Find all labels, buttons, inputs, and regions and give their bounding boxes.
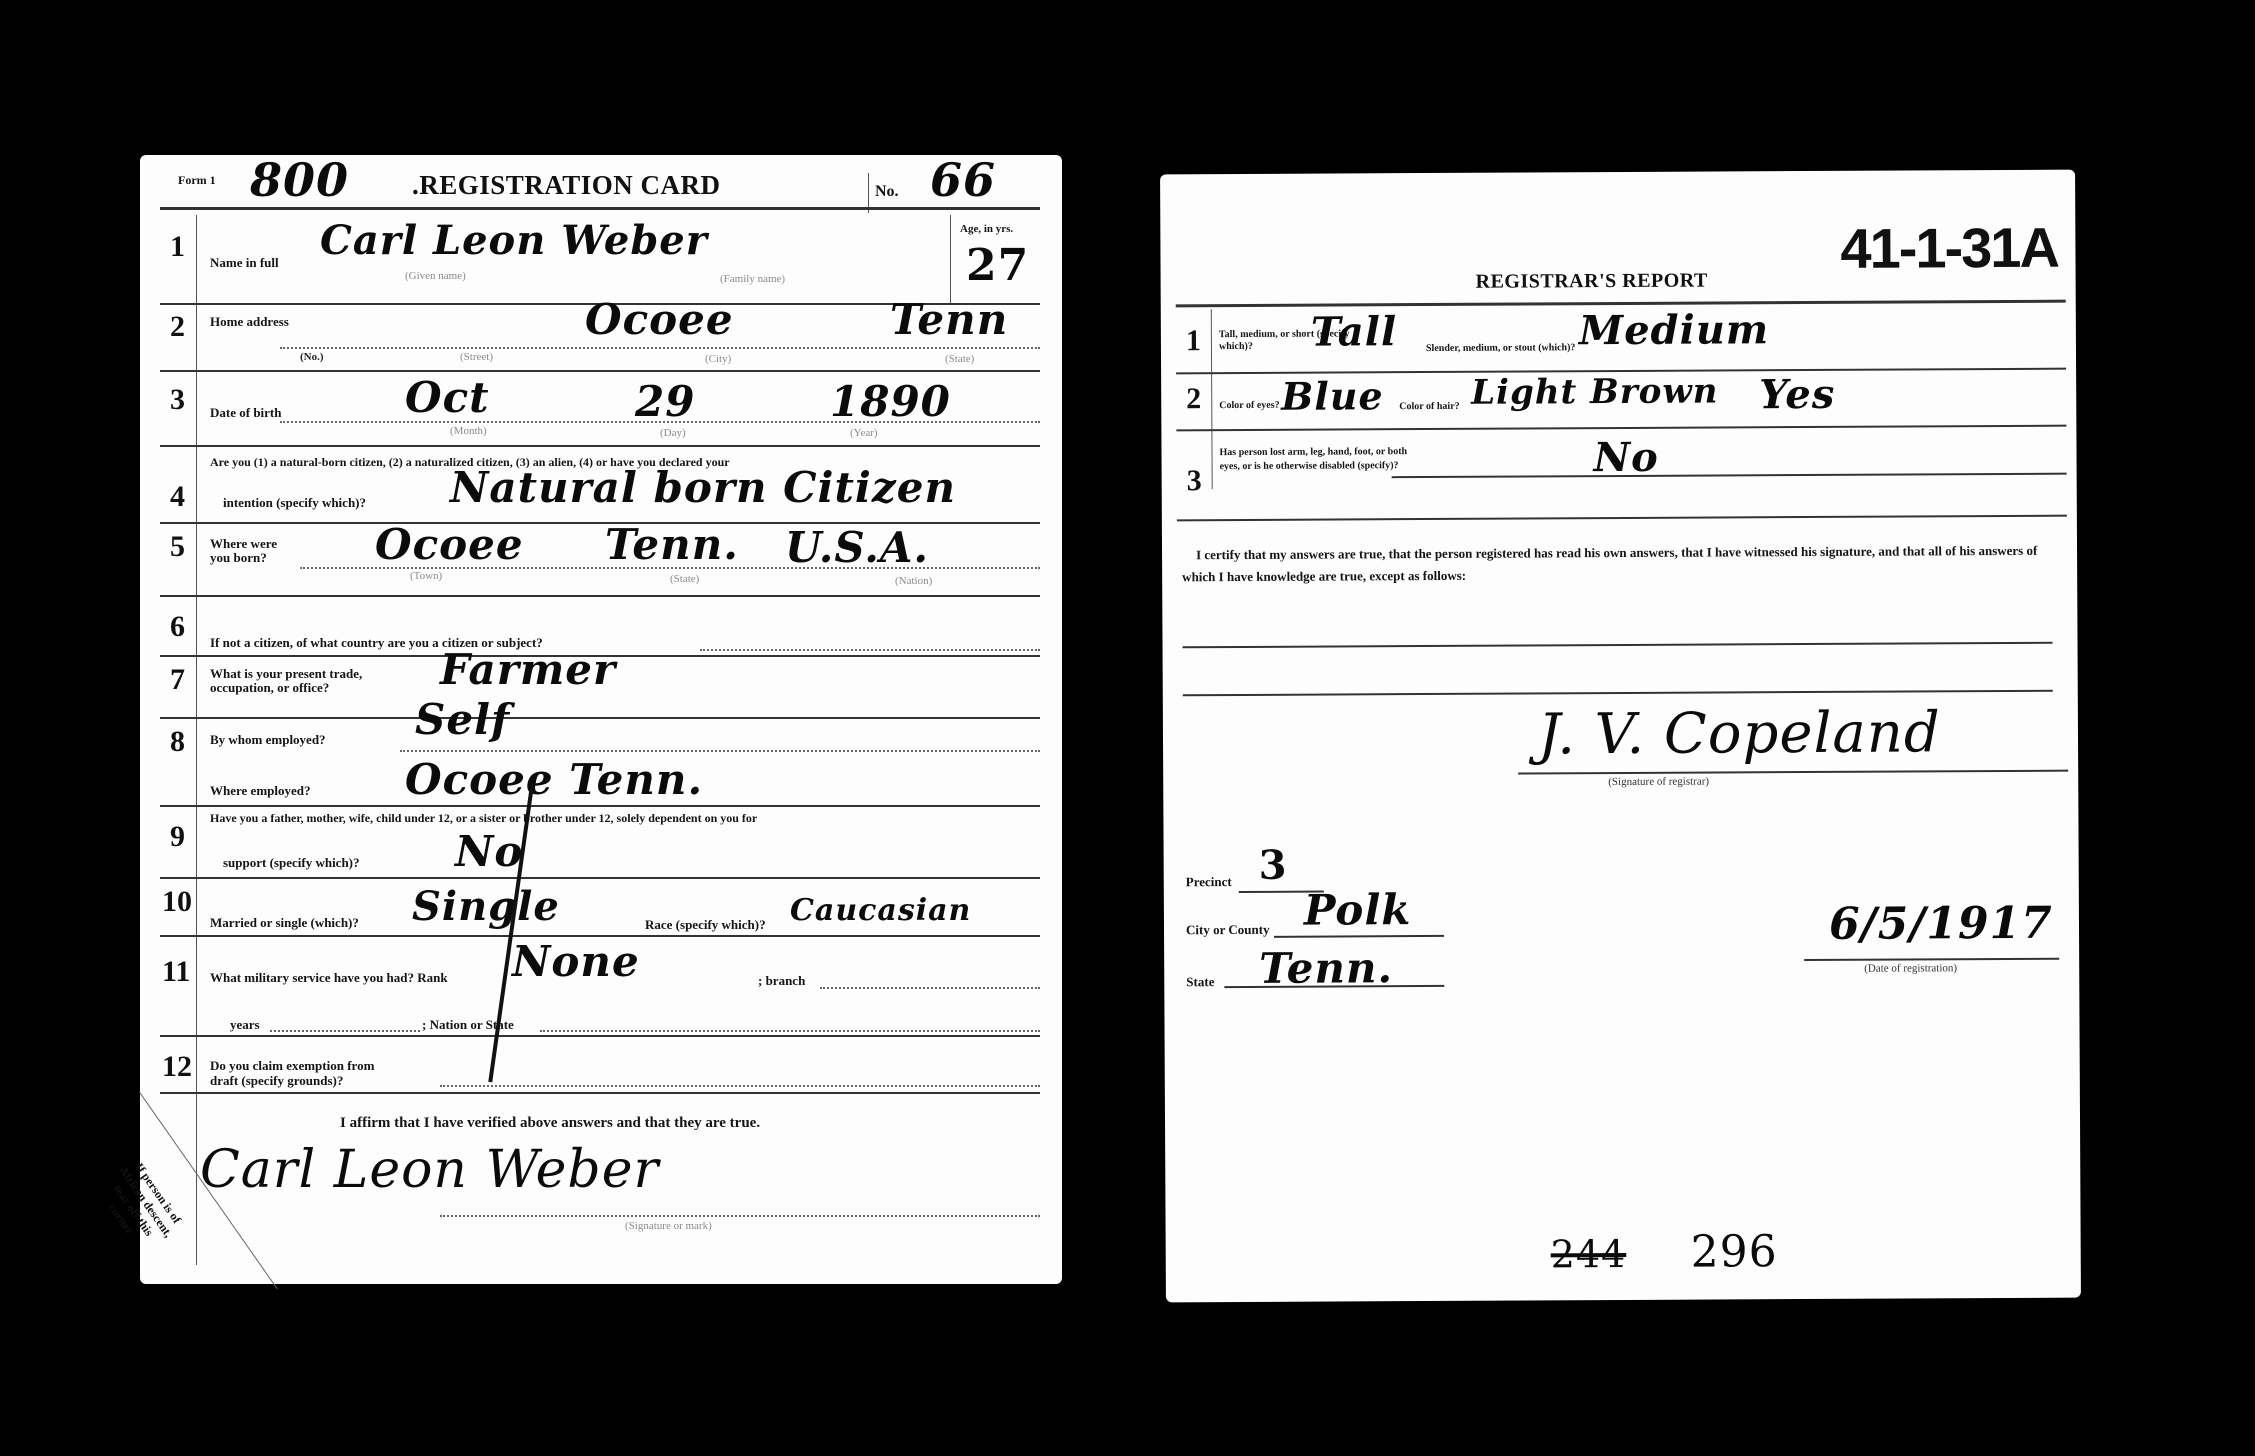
form-label: Form 1 bbox=[178, 173, 216, 188]
corner-note: If person is of African descent, tear of… bbox=[91, 1155, 188, 1258]
birth-state: Tenn. bbox=[605, 520, 739, 569]
hair-color-label: Color of hair? bbox=[1399, 401, 1459, 412]
card-title: .REGISTRATION CARD bbox=[412, 170, 721, 201]
employment-place-value: Ocoee Tenn. bbox=[405, 755, 703, 804]
employment-place-label: Where employed? bbox=[210, 783, 311, 799]
bald-value: Yes bbox=[1759, 371, 1835, 418]
eye-color-label: Color of eyes? bbox=[1219, 400, 1279, 411]
city-county-label: City or County bbox=[1186, 922, 1270, 938]
registration-date: 6/5/1917 bbox=[1829, 898, 2053, 950]
birth-town: Ocoee bbox=[375, 520, 524, 569]
employer-label: By whom employed? bbox=[210, 732, 326, 748]
registrars-report-card: 41-1-31A REGISTRAR'S REPORT 1 Tall, medi… bbox=[1160, 170, 2081, 1303]
citizenship-label: intention (specify which)? bbox=[223, 495, 366, 511]
dob-day: 29 bbox=[635, 377, 695, 426]
dependents-label: support (specify which)? bbox=[223, 855, 360, 871]
home-state-value: Tenn bbox=[890, 295, 1008, 344]
occupation-value: Farmer bbox=[440, 645, 616, 694]
citizenship-value: Natural born Citizen bbox=[450, 463, 956, 512]
marital-value: Single bbox=[412, 883, 560, 930]
eye-color-value: Blue bbox=[1281, 373, 1384, 419]
military-label: What military service have you had? Rank bbox=[210, 970, 448, 986]
age-value: 27 bbox=[966, 240, 1029, 291]
number-label: No. bbox=[875, 183, 899, 201]
card-number: 66 bbox=[930, 153, 996, 207]
age-label: Age, in yrs. bbox=[960, 223, 1013, 235]
build-label: Slender, medium, or stout (which)? bbox=[1426, 342, 1576, 354]
dob-year: 1890 bbox=[830, 377, 951, 426]
certification-text: I certify that my answers are true, that… bbox=[1182, 540, 2052, 589]
dob-label: Date of birth bbox=[210, 405, 282, 421]
form-serial: 800 bbox=[250, 153, 349, 207]
registrant-signature: Carl Leon Weber bbox=[200, 1140, 659, 1200]
occupation-label: What is your present trade, occupation, … bbox=[210, 667, 380, 695]
birthplace-label: Where were you born? bbox=[210, 537, 300, 565]
height-value: Tall bbox=[1311, 308, 1397, 355]
marital-label: Married or single (which)? bbox=[210, 915, 359, 931]
build-value: Medium bbox=[1579, 306, 1770, 354]
hair-color-value: Light Brown bbox=[1471, 371, 1718, 412]
city-county-value: Polk bbox=[1304, 885, 1412, 935]
race-label: Race (specify which)? bbox=[645, 917, 766, 933]
race-value: Caucasian bbox=[790, 893, 971, 928]
dependents-value: No bbox=[455, 827, 523, 876]
name-label: Name in full bbox=[210, 255, 279, 271]
state-label: State bbox=[1186, 974, 1214, 990]
precinct-label: Precinct bbox=[1186, 874, 1232, 890]
birth-nation: U.S.A. bbox=[785, 523, 929, 572]
dob-month: Oct bbox=[405, 373, 490, 422]
employer-value: Self bbox=[415, 695, 510, 744]
disability-label: Has person lost arm, leg, hand, foot, or… bbox=[1219, 445, 1419, 474]
home-city-value: Ocoee bbox=[585, 295, 734, 344]
registration-card: Form 1 800 .REGISTRATION CARD No. 66 1 N… bbox=[140, 155, 1062, 1284]
precinct-value: 3 bbox=[1259, 842, 1288, 889]
stamp-number: 41-1-31A bbox=[1840, 215, 2058, 281]
page-number: 296 bbox=[1691, 1226, 1778, 1277]
report-title: REGISTRAR'S REPORT bbox=[1476, 270, 1708, 294]
exemption-label: Do you claim exemption from draft (speci… bbox=[210, 1058, 400, 1088]
name-value: Carl Leon Weber bbox=[320, 217, 708, 264]
struck-number: 244 bbox=[1551, 1232, 1627, 1276]
military-rank-value: None bbox=[512, 937, 640, 986]
home-address-label: Home address bbox=[210, 315, 290, 329]
registrar-signature: J. V. Copeland bbox=[1538, 700, 1941, 767]
affirmation-text: I affirm that I have verified above answ… bbox=[340, 1115, 760, 1132]
